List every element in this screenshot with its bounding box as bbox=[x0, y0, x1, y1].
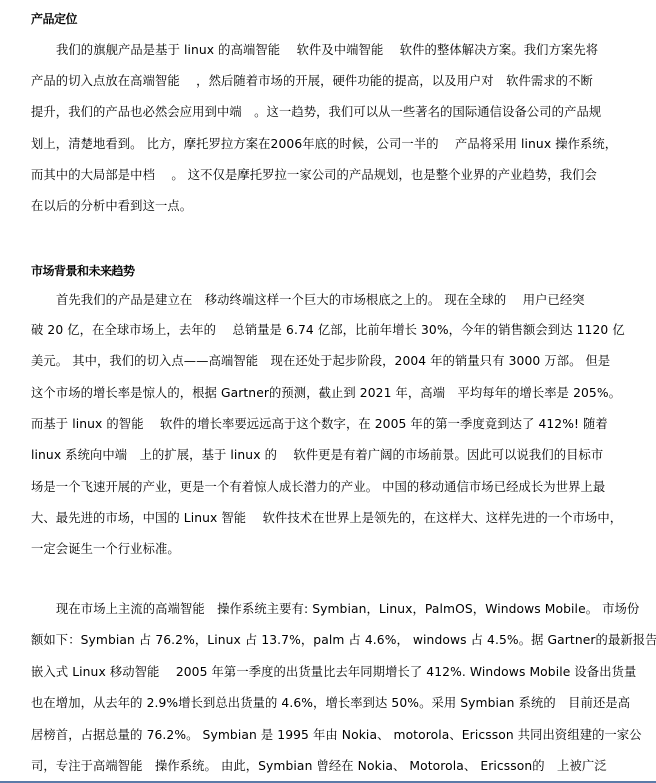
paragraph-line: 一定会诞生一个行业标准。 bbox=[31, 541, 180, 557]
paragraph-line: 大、最先进的市场，中国的 Linux 智能 软件技术在世界上是领先的，在这样大、… bbox=[31, 510, 622, 526]
paragraph-line: 在以后的分析中看到这一点。 bbox=[31, 198, 192, 214]
section-heading-product-positioning: 产品定位 bbox=[31, 12, 77, 26]
paragraph-line: 提升，我们的产品也必然会应用到中端 。这一趋势，我们可以从一些著名的国际通信设备… bbox=[31, 104, 601, 120]
paragraph-line: 额如下：Symbian 占 76.2%，Linux 占 13.7%，palm 占… bbox=[31, 632, 656, 648]
paragraph-line: 划上，清楚地看到。 比方，摩托罗拉方案在2006年底的时候，公司一半的 产品将采… bbox=[31, 136, 617, 152]
paragraph-line: 也在增加，从去年的 2.9%增长到总出货量的 4.6%，增长率到达 50%。采用… bbox=[31, 695, 630, 711]
paragraph-line: 司，专注于高端智能 操作系统。 由此，Symbian 曾经在 Nokia、 Mo… bbox=[31, 758, 607, 774]
paragraph-line: 我们的旗舰产品是基于 linux 的高端智能 软件及中端智能 软件的整体解决方案… bbox=[56, 42, 598, 58]
paragraph-line: 这个市场的增长率是惊人的，根据 Gartner的预测，截止到 2021 年，高端… bbox=[31, 385, 621, 401]
paragraph-line: 居榜首，占据总量的 76.2%。 Symbian 是 1995 年由 Nokia… bbox=[31, 727, 642, 743]
paragraph-line: 而其中的大局部是中档 。 这不仅是摩托罗拉一家公司的产品规划，也是整个业界的产业… bbox=[31, 167, 597, 183]
paragraph-line: 破 20 亿，在全球市场上，去年的 总销量是 6.74 亿部，比前年增长 30%… bbox=[31, 322, 625, 338]
paragraph-line: 产品的切入点放在高端智能 ，然后随着市场的开展，硬件功能的提高，以及用户对 软件… bbox=[31, 73, 593, 89]
paragraph-line: 现在市场上主流的高端智能 操作系统主要有: Symbian，Linux，Palm… bbox=[56, 601, 639, 617]
paragraph-line: linux 系统向中端 上的扩展，基于 linux 的 软件更是有着广阔的市场前… bbox=[31, 447, 603, 463]
paragraph-line: 美元。 其中，我们的切入点——高端智能 现在还处于起步阶段，2004 年的销量只… bbox=[31, 353, 610, 369]
paragraph-line: 嵌入式 Linux 移动智能 2005 年第一季度的出货量比去年同期增长了 41… bbox=[31, 664, 636, 680]
document-page: 产品定位 我们的旗舰产品是基于 linux 的高端智能 软件及中端智能 软件的整… bbox=[0, 0, 656, 781]
paragraph-line: 而基于 linux 的智能 软件的增长率要远远高于这个数字，在 2005 年的第… bbox=[31, 416, 608, 432]
paragraph-line: 首先我们的产品是建立在 移动终端这样一个巨大的市场根底之上的。 现在全球的 用户… bbox=[56, 292, 585, 308]
section-heading-market-background: 市场背景和未来趋势 bbox=[31, 264, 135, 278]
paragraph-line: 场是一个飞速开展的产业，更是一个有着惊人成长潜力的产业。 中国的移动通信市场已经… bbox=[31, 479, 605, 495]
